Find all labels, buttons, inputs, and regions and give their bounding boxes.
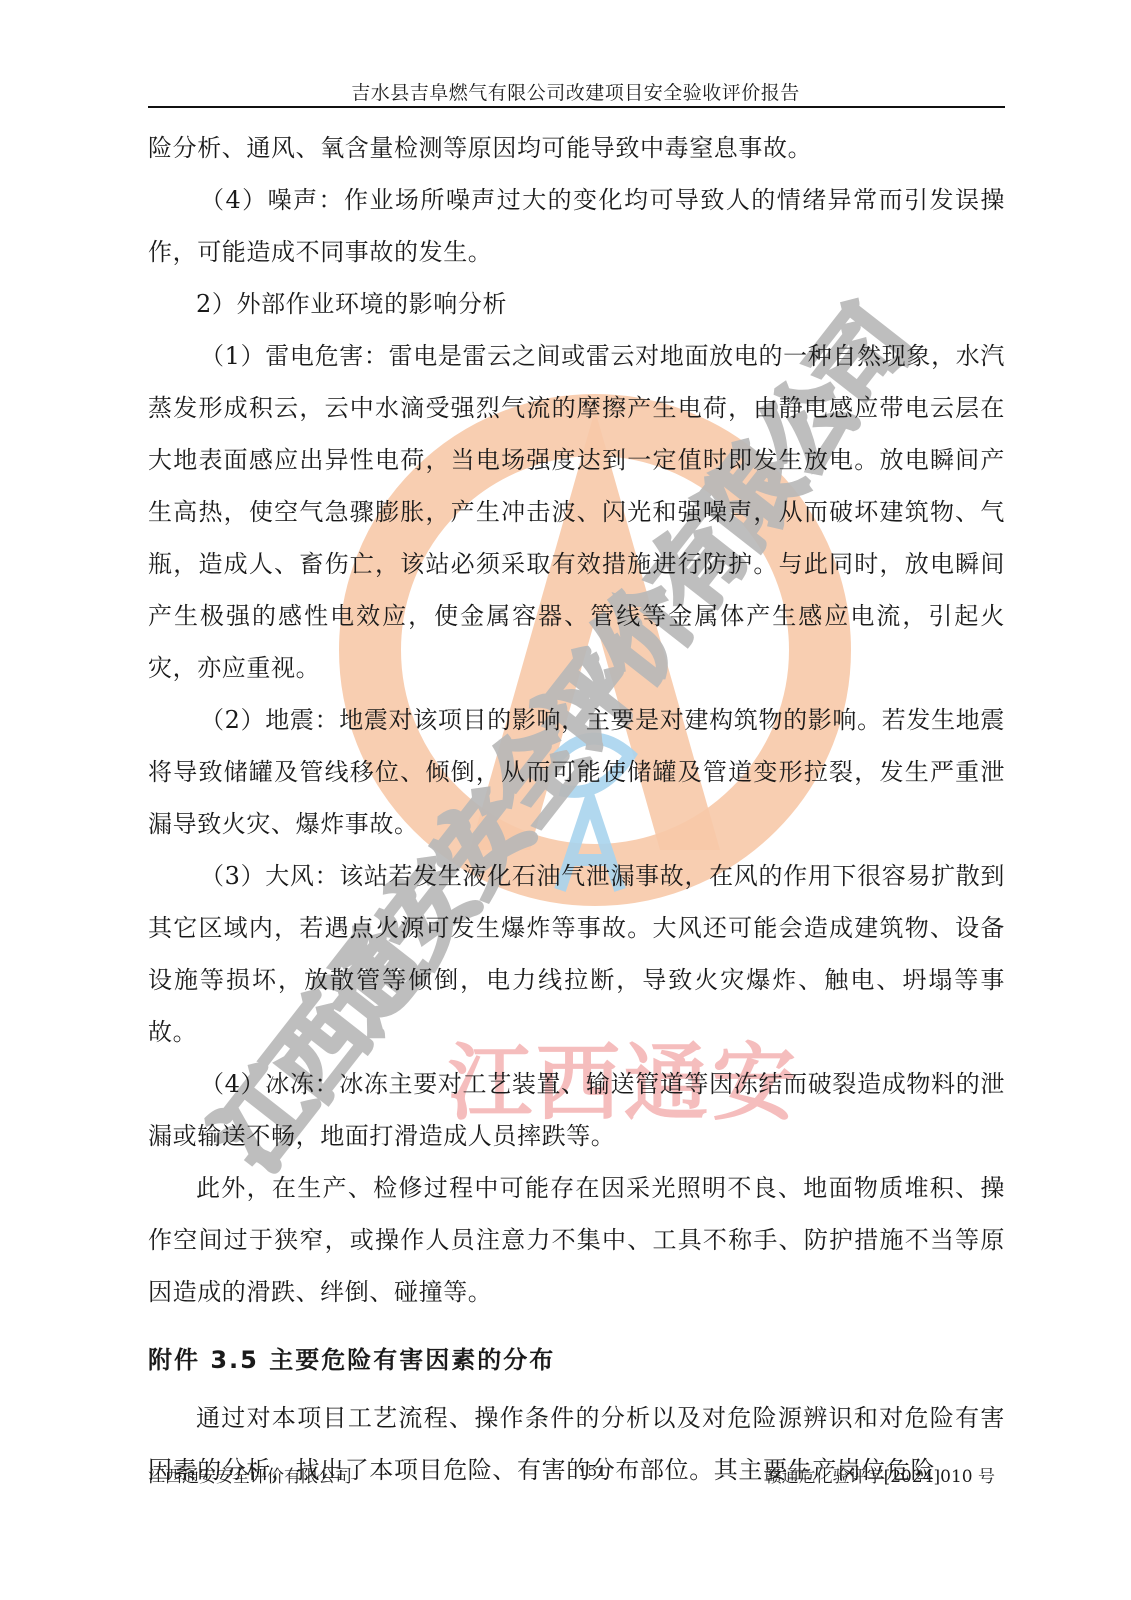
footer-doc-number: 赣通危化验评字[2024]010 号 bbox=[765, 1462, 995, 1487]
header-divider bbox=[148, 106, 1005, 108]
section-heading: 附件 3.5 主要危险有害因素的分布 bbox=[148, 1340, 1005, 1380]
paragraph: （3）大风：该站若发生液化石油气泄漏事故，在风的作用下很容易扩散到其它区域内，若… bbox=[148, 850, 1005, 1058]
paragraph: （4）噪声：作业场所噪声过大的变化均可导致人的情绪异常而引发误操作，可能造成不同… bbox=[148, 174, 1005, 278]
paragraph: 此外，在生产、检修过程中可能存在因采光照明不良、地面物质堆积、操作空间过于狭窄，… bbox=[148, 1162, 1005, 1318]
paragraph: （2）地震：地震对该项目的影响，主要是对建构筑物的影响。若发生地震将导致储罐及管… bbox=[148, 694, 1005, 850]
subheading: 2）外部作业环境的影响分析 bbox=[148, 278, 1005, 330]
document-body: 险分析、通风、氧含量检测等原因均可能导致中毒窒息事故。 （4）噪声：作业场所噪声… bbox=[148, 122, 1005, 1496]
paragraph: （1）雷电危害：雷电是雷云之间或雷云对地面放电的一种自然现象，水汽蒸发形成积云，… bbox=[148, 330, 1005, 694]
paragraph: （4）冰冻：冰冻主要对工艺装置、输送管道等因冻结而破裂造成物料的泄漏或输送不畅，… bbox=[148, 1058, 1005, 1162]
paragraph: 险分析、通风、氧含量检测等原因均可能导致中毒窒息事故。 bbox=[148, 122, 1005, 174]
footer-company: 江西通安安全评价有限公司 bbox=[148, 1462, 352, 1487]
page-number: 151 bbox=[578, 1462, 607, 1480]
document-page: 江西通安 江西通安安全评价有限公司 吉水县吉阜燃气有限公司改建项目安全验收评价报… bbox=[0, 0, 1131, 1600]
page-footer: 江西通安安全评价有限公司 151 赣通危化验评字[2024]010 号 bbox=[148, 1462, 1005, 1486]
running-header-title: 吉水县吉阜燃气有限公司改建项目安全验收评价报告 bbox=[148, 78, 1003, 105]
